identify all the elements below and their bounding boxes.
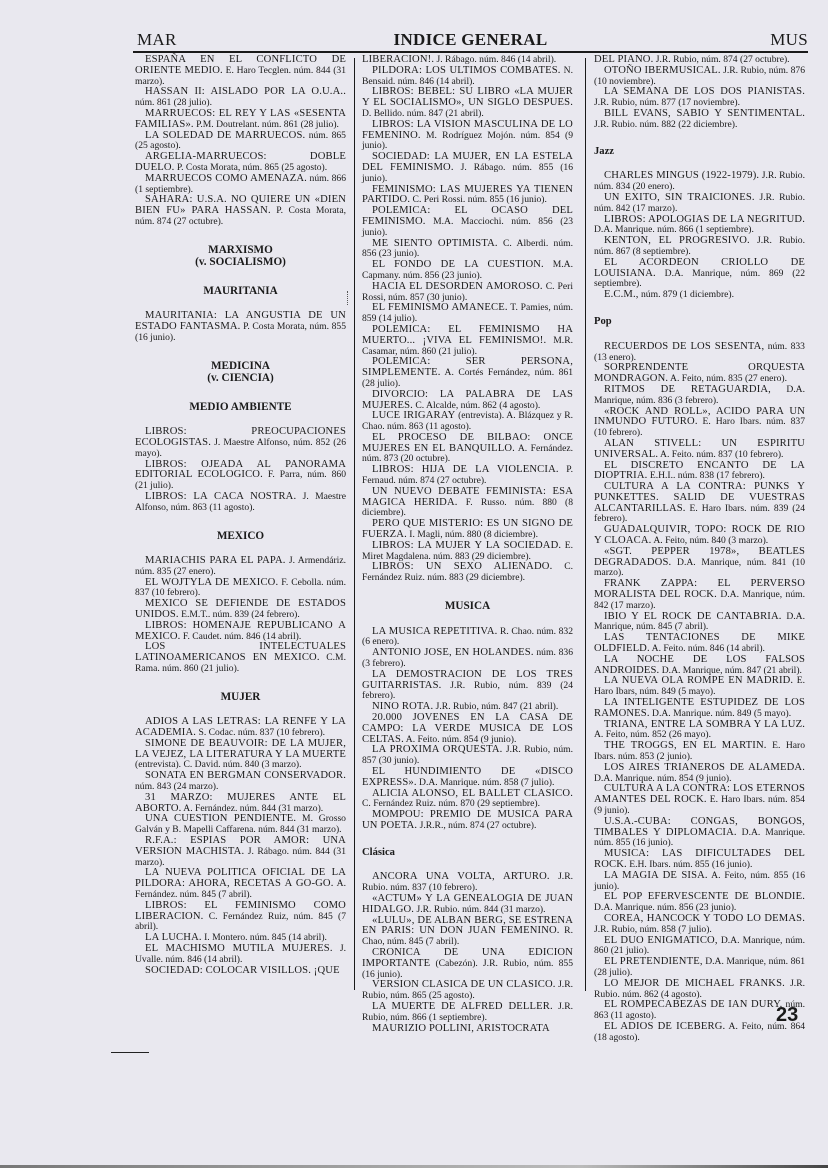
index-entry: RECUERDOS DE LOS SESENTA, núm. 833 (13 e… [594,342,805,364]
index-entry: LIBROS: BEBEL: SU LIBRO «LA MUJER Y EL S… [362,87,573,119]
entry-title: VERSION CLASICA DE UN CLASICO. [372,979,556,990]
index-entry: EL ACORDEON CRIOLLO DE LOUISIANA. D.A. M… [594,258,805,290]
section-heading-text: MUJER [221,691,261,703]
page-number: 23 [776,1004,798,1027]
index-entry: U.S.A.-CUBA: CONGAS, BONGOS, TIMBALES Y … [594,817,805,849]
entry-title: IBIO Y EL ROCK DE CANTABRIA. [604,611,782,622]
entry-citation: I. Magli, núm. 880 (8 diciembre). [407,529,538,540]
entry-title: NINO ROTA. [372,701,433,712]
entry-citation: E.H.I.. núm. 838 (17 febrero). [647,470,765,481]
index-entry: DIVORCIO: LA PALABRA DE LAS MUJERES. C. … [362,390,573,412]
section-cross-reference: (v. SOCIALISMO) [135,256,346,269]
index-entry: EL ADIOS DE ICEBERG. A. Feito, núm. 864 … [594,1022,805,1044]
index-entry: EL WOJTYLA DE MEXICO. F. Cebolla. núm. 8… [135,578,346,600]
entry-title: EL PRETENDIENTE, [604,956,703,967]
index-entry: LA PROXIMA ORQUESTA. J.R. Rubio, núm. 85… [362,745,573,767]
index-entry: VERSION CLASICA DE UN CLASICO. J.R. Rubi… [362,980,573,1002]
index-entry: LA SEMANA DE LOS DOS PIANISTAS. J.R. Rub… [594,87,805,109]
entry-citation: F. Caudet. núm. 846 (14 abril). [180,631,301,642]
entry-citation: D.A. Manrique. núm. 856 (23 junio). [594,902,736,913]
entry-title: POLEMICA: EL FEMINISMO HA MUERTO... ¡VIV… [362,324,573,346]
entry-title: LA SEMANA DE LOS DOS PIANISTAS. [604,86,805,97]
index-entry: LA MUERTE DE ALFRED DELLER. J.R. Rubio, … [362,1002,573,1024]
index-entry: EL PRETENDIENTE, D.A. Manrique, núm. 861… [594,957,805,979]
index-entry: PERO QUE MISTERIO: ES UN SIGNO DE FUERZA… [362,519,573,541]
entry-citation: núm. 843 (24 marzo). [135,781,218,792]
entry-title: LIBROS: BEBEL: SU LIBRO «LA MUJER Y EL S… [362,86,573,108]
section-heading-text: MEDIO AMBIENTE [189,401,291,413]
entry-citation: P.M. Doutrelant. núm. 861 (28 julio). [194,119,339,130]
page-title: INDICE GENERAL [133,30,808,50]
index-entry: LA NOCHE DE LOS FALSOS ANDROIDES. D.A. M… [594,655,805,677]
index-entry: RITMOS DE RETAGUARDIA, D.A. Manrique, nú… [594,385,805,407]
entry-title: MAURIZIO POLLINI, ARISTOCRATA [372,1023,550,1034]
index-entry: FEMINISMO: LAS MUJERES YA TIENEN PARTIDO… [362,185,573,207]
index-entry: LIBROS: PREOCUPACIONES ECOLOGISTAS. J. M… [135,427,346,459]
entry-title: UNA CUESTION PENDIENTE. [145,813,296,824]
index-entry: POLEMICA: SER PERSONA, SIMPLEMENTE. A. C… [362,357,573,389]
entry-title: HASSAN II: AISLADO POR LA O.U.A.. [145,86,346,97]
index-entry: IBIO Y EL ROCK DE CANTABRIA. D.A. Manriq… [594,612,805,634]
index-entry: MARRUECOS: EL REY Y LAS «SESENTA FAMILIA… [135,109,346,131]
index-entry: MAURITANIA: LA ANGUSTIA DE UN ESTADO FAN… [135,311,346,343]
entry-title: LIBROS: LA MUJER Y LA SOCIEDAD. [372,540,561,551]
index-entry: MUSICA: LAS DIFICULTADES DEL ROCK. E.H. … [594,849,805,871]
entry-title: MARIACHIS PARA EL PAPA. [145,555,286,566]
entry-title: EL MACHISMO MUTILA MUJERES. [145,943,333,954]
entry-citation: D.A. Manrique. núm. 854 (9 junio). [594,773,732,784]
section-heading: MAURITANIA [135,285,346,298]
index-entry: ARGELIA-MARRUECOS: DOBLE DUELO. P. Costa… [135,152,346,174]
index-entry: CHARLES MINGUS (1922-1979). J.R. Rubio. … [594,171,805,193]
index-entry: TRIANA, ENTRE LA SOMBRA Y LA LUZ. A. Fei… [594,720,805,742]
entry-citation: A. Feito, núm. 852 (26 mayo). [594,729,711,740]
index-entry: SAHARA: U.S.A. NO QUIERE UN «DIEN BIEN F… [135,195,346,227]
index-entry: ESPAÑA EN EL CONFLICTO DE ORIENTE MEDIO.… [135,55,346,87]
index-entry: LIBROS: EL FEMINISMO COMO LIBERACION. C.… [135,901,346,933]
entry-title: LO MEJOR DE MICHAEL FRANKS. [604,978,785,989]
entry-citation: J.R. Rubio, núm. 847 (21 abril). [433,701,558,712]
entry-title: LIBROS: UN SEXO ALIENADO. [372,561,552,572]
entry-citation: J.R.R., núm. 874 (27 octubre). [417,820,536,831]
entry-citation: A. Feito. núm. 854 (9 junio). [404,734,516,745]
entry-title: LA PROXIMA ORQUESTA. [372,744,502,755]
index-entry: CULTURA A LA CONTRA: LOS ETERNOS AMANTES… [594,784,805,816]
index-entry: LUCE IRIGARAY (entrevista). A. Blázquez … [362,411,573,433]
entry-citation: D.A. Manrique. núm. 858 (7 julio). [417,777,555,788]
entry-citation: (entrevista). C. David. núm. 840 (3 marz… [135,759,302,770]
entry-citation: S. Codac. núm. 837 (10 febrero). [196,727,325,738]
entry-title: BILL EVANS, SABIO Y SENTIMENTAL. [604,108,805,119]
index-entry: LA NUEVA POLITICA OFICIAL DE LA PILDORA:… [135,868,346,900]
entry-title: LIBROS: APOLOGIAS DE LA NEGRITUD. [604,214,805,225]
index-entry: KENTON, EL PROGRESIVO. J.R. Rubio. núm. … [594,236,805,258]
index-entry: SORPRENDENTE ORQUESTA MONDRAGON. A. Feit… [594,363,805,385]
entry-title: MARRUECOS COMO AMENAZA. [145,173,307,184]
entry-title: LIBROS: HIJA DE LA VIOLENCIA. [372,464,559,475]
entry-title: ALICIA ALONSO, EL BALLET CLASICO. [372,788,573,799]
index-entry: LA DEMOSTRACION DE LOS TRES GUITARRISTAS… [362,670,573,702]
subsection-heading: Pop [594,317,805,328]
index-entry: EL FEMINISMO AMANECE. T. Pamies, núm. 85… [362,303,573,325]
subsection-heading: Clásica [362,848,573,859]
entry-citation: J.R. Rubio, núm. 877 (17 noviembre). [594,97,740,108]
entry-title: KENTON, EL PROGRESIVO. [604,235,750,246]
index-entry: LIBROS: HOMENAJE REPUBLICANO A MEXICO. F… [135,621,346,643]
index-entry: LIBROS: OJEADA AL PANORAMA EDITORIAL ECO… [135,460,346,492]
index-entry: HASSAN II: AISLADO POR LA O.U.A.. núm. 8… [135,87,346,109]
entry-citation: I. Montero. núm. 845 (14 abril). [202,932,327,943]
running-header: MAR INDICE GENERAL MUS [133,28,808,52]
entry-citation: D.A. Manrique, núm. 847 (21 abril). [659,665,802,676]
index-entry: EL ROMPECABEZAS DE IAN DURY. núm. 863 (1… [594,1000,805,1022]
section-heading-text: MAURITANIA [203,285,277,297]
index-entry: POLEMICA: EL OCASO DEL FEMINISMO. M.A. M… [362,206,573,238]
entry-title: THE TROGGS, EN EL MARTIN. [604,740,767,751]
entry-title: EL POP EFERVESCENTE DE BLONDIE. [604,891,805,902]
index-entry: ANCORA UNA VOLTA, ARTURO. J.R. Rubio. nú… [362,872,573,894]
entry-title: UN EXITO, SIN TRAICIONES. [604,192,755,203]
index-entry: BILL EVANS, SABIO Y SENTIMENTAL. J.R. Ru… [594,109,805,131]
index-entry: ANTONIO JOSE, EN HOLANDES. núm. 836 (3 f… [362,648,573,670]
index-entry: MAURIZIO POLLINI, ARISTOCRATA [362,1024,573,1035]
entry-title: LA MUERTE DE ALFRED DELLER. [372,1001,553,1012]
entry-citation: núm. 879 (1 diciembre). [639,289,734,300]
index-entry: LIBROS: LA MUJER Y LA SOCIEDAD. E. Miret… [362,541,573,563]
index-entry: POLEMICA: EL FEMINISMO HA MUERTO... ¡VIV… [362,325,573,357]
entry-citation: J.R. Rubio. núm. 882 (22 diciembre). [594,119,737,130]
index-column-1: ESPAÑA EN EL CONFLICTO DE ORIENTE MEDIO.… [135,55,346,976]
index-entry: MARIACHIS PARA EL PAPA. J. Armendáriz. n… [135,556,346,578]
entry-title: LIBERACION!. [362,54,434,65]
entry-citation: E.M.T.. núm. 839 (24 febrero). [179,609,300,620]
entry-citation: A. Feito, núm. 835 (27 enero). [668,373,787,384]
index-entry: FRANK ZAPPA: EL PERVERSO MORALISTA DEL R… [594,579,805,611]
index-entry: ALAN STIVELL: UN ESPIRITU UNIVERSAL. A. … [594,439,805,461]
index-entry: «ACTUM» Y LA GENEALOGIA DE JUAN HIDALGO.… [362,894,573,916]
entry-title: EL FONDO DE LA CUESTION. [372,259,544,270]
entry-title: CHARLES MINGUS (1922-1979). [604,170,759,181]
entry-title: LA NUEVA OLA ROMPE EN MADRID. [604,675,793,686]
subsection-heading: Jazz [594,147,805,158]
index-entry: GUADALQUIVIR, TOPO: ROCK DE RIO Y CLOACA… [594,525,805,547]
entry-title: LOS INTELECTUALES LATINOAMERICANOS EN ME… [135,641,346,663]
index-entry: LAS TENTACIONES DE MIKE OLDFIELD. A. Fei… [594,633,805,655]
index-entry: «LULU», DE ALBAN BERG, SE ESTRENA EN PAR… [362,916,573,948]
entry-title: OTOÑO IBERMUSICAL. [604,65,721,76]
index-entry: ADIOS A LAS LETRAS: LA RENFE Y LA ACADEM… [135,717,346,739]
entry-title: EL DUO ENIGMATICO, [604,935,718,946]
entry-title: EL FEMINISMO AMANECE. [372,302,508,313]
section-heading-text: MEXICO [217,530,264,542]
index-entry: EL MACHISMO MUTILA MUJERES. J. Uvalle. n… [135,944,346,966]
entry-citation: A. Feito. núm. 837 (10 febrero). [658,449,783,460]
entry-title: TRIANA, ENTRE LA SOMBRA Y LA LUZ. [604,719,805,730]
section-heading: MEDIO AMBIENTE [135,401,346,414]
index-entry: «ROCK AND ROLL», ACIDO PARA UN INMUNDO F… [594,407,805,439]
entry-citation: J.R. Rubio, núm. 858 (7 julio). [594,924,712,935]
entry-citation: D. Bellido. núm. 847 (21 abril). [362,108,484,119]
index-entry: «SGT. PEPPER 1978», BEATLES DEGRADADOS. … [594,547,805,579]
index-entry: SIMONE DE BEAUVOIR: DE LA MUJER, LA VEJE… [135,739,346,771]
section-heading: MEXICO [135,530,346,543]
index-entry: LA SOLEDAD DE MARRUECOS. núm. 865 (25 ag… [135,131,346,153]
index-entry: UN EXITO, SIN TRAICIONES. J.R. Rubio. nú… [594,193,805,215]
index-entry: R.F.A.: ESPIAS POR AMOR: UNA VERSION MAC… [135,836,346,868]
header-last-keyword: MUS [770,30,808,50]
entry-title: COREA, HANCOCK Y TODO LO DEMAS. [604,913,805,924]
header-rule [133,51,808,53]
index-entry: LIBROS: LA CACA NOSTRA. J. Maestre Alfon… [135,492,346,514]
entry-citation: E.H. Ibars. núm. 855 (16 junio). [627,859,753,870]
entry-citation: P. Costa Morata, núm. 865 (25 agosto). [174,162,327,173]
entry-title: EL ROMPECABEZAS DE IAN DURY. [604,999,782,1010]
footer-rule [111,1052,149,1053]
entry-title: ME SIENTO OPTIMISTA. [372,238,498,249]
index-entry: MOMPOU: PREMIO DE MUSICA PARA UN POETA. … [362,810,573,832]
index-entry: SOCIEDAD: LA MUJER, EN LA ESTELA DEL FEM… [362,152,573,184]
entry-title: HACIA EL DESORDEN AMOROSO. [372,281,543,292]
entry-citation: núm. 861 (28 julio). [135,97,212,108]
entry-title: LA MUSICA REPETITIVA. [372,626,497,637]
index-entry: HACIA EL DESORDEN AMOROSO. C. Peri Rossi… [362,282,573,304]
entry-title: PILDORA: LOS ULTIMOS COMBATES. [372,65,561,76]
entry-title: LA SOLEDAD DE MARRUECOS. [145,130,305,141]
index-column-3: DEL PIANO. J.R. Rubio, núm. 874 (27 octu… [594,55,805,1044]
entry-citation: C. Fernández Ruiz. núm. 870 (29 septiemb… [362,798,540,809]
section-heading-text: MUSICA [445,600,490,612]
entry-title: SOCIEDAD: COLOCAR VISILLOS. ¡QUE [145,965,340,976]
entry-title: SIMONE DE BEAUVOIR: DE LA MUJER, LA VEJE… [135,738,346,760]
section-heading: MUJER [135,691,346,704]
index-entry: THE TROGGS, EN EL MARTIN. E. Haro Ibars.… [594,741,805,763]
entry-citation: C. Peri Rossi. núm. 855 (16 junio). [410,194,547,205]
entry-title: LIBROS: LA CACA NOSTRA. [145,491,296,502]
index-entry: SOCIEDAD: COLOCAR VISILLOS. ¡QUE [135,966,346,977]
section-heading: MARXISMO(v. SOCIALISMO) [135,244,346,269]
index-entry: ME SIENTO OPTIMISTA. C. Alberdi. núm. 85… [362,239,573,261]
entry-title: LOS AIRES TRIANEROS DE ALAMEDA. [604,762,805,773]
entry-title: LUCE IRIGARAY [372,410,455,421]
index-column-2: LIBERACION!. J. Rábago. núm. 846 (14 abr… [362,55,573,1034]
column-divider [585,58,586,991]
entry-title: E.C.M., [604,289,639,300]
entry-citation: D.A. Manrique. núm. 849 (5 mayo). [650,708,792,719]
index-entry: MEXICO SE DEFIENDE DE ESTADOS UNIDOS. E.… [135,599,346,621]
index-entry: SONATA EN BERGMAN CONSERVADOR. núm. 843 … [135,771,346,793]
section-heading-text: MEDICINA [211,360,270,372]
index-entry: LA INTELIGENTE ESTUPIDEZ DE LOS RAMONES.… [594,698,805,720]
entry-citation: A. Feito. núm. 846 (14 abril). [650,643,765,654]
index-entry: LIBROS: LA VISION MASCULINA DE LO FEMENI… [362,120,573,152]
section-heading: MUSICA [362,600,573,613]
index-entry: CULTURA A LA CONTRA: PUNKS Y PUNKETTES. … [594,482,805,525]
index-entry: UN NUEVO DEBATE FEMINISTA: ESA MAGICA HE… [362,487,573,519]
entry-citation: J.R. Rubio. núm. 844 (31 marzo). [414,904,545,915]
index-entry: OTOÑO IBERMUSICAL. J.R. Rubio, núm. 876 … [594,66,805,88]
entry-title: DEL PIANO. [594,54,653,65]
entry-citation: A. Fernández. núm. 844 (31 marzo). [181,803,323,814]
index-entry: LA MUSICA REPETITIVA. R. Chao. núm. 832 … [362,627,573,649]
section-cross-reference: (v. CIENCIA) [135,372,346,385]
index-entry: UNA CUESTION PENDIENTE. M. Grosso Galván… [135,814,346,836]
index-entry: EL HUNDIMIENTO DE «DISCO EXPRESS». D.A. … [362,767,573,789]
column-divider [354,58,355,990]
index-entry: CRONICA DE UNA EDICION IMPORTANTE (Cabez… [362,948,573,980]
index-entry: EL DISCRETO ENCANTO DE LA DIOPTRIA. E.H.… [594,461,805,483]
entry-title: LA LUCHA. [145,932,202,943]
index-entry: LIBROS: HIJA DE LA VIOLENCIA. P. Fernaud… [362,465,573,487]
entry-title: ANCORA UNA VOLTA, ARTURO. [372,871,550,882]
entry-citation: A. Feito, núm. 840 (3 marzo). [651,535,768,546]
entry-title: ANTONIO JOSE, EN HOLANDES. [372,647,534,658]
entry-title: LA NUEVA POLITICA OFICIAL DE LA PILDORA:… [135,867,346,889]
index-entry: LOS INTELECTUALES LATINOAMERICANOS EN ME… [135,642,346,674]
index-entry: ALICIA ALONSO, EL BALLET CLASICO. C. Fer… [362,789,573,811]
entry-citation: D.A. Manrique. núm. 866 (1 septiembre). [594,224,754,235]
entry-title: RECUERDOS DE LOS SESENTA, [604,341,764,352]
print-artifact [347,291,349,305]
index-entry: COREA, HANCOCK Y TODO LO DEMAS. J.R. Rub… [594,914,805,936]
entry-citation: C. Alcalde, núm. 862 (4 agosto). [413,400,540,411]
entry-title: SONATA EN BERGMAN CONSERVADOR. [145,770,346,781]
index-entry: LIBROS: APOLOGIAS DE LA NEGRITUD. D.A. M… [594,215,805,237]
index-entry: LA NUEVA OLA ROMPE EN MADRID. E. Haro Ib… [594,676,805,698]
index-entry: E.C.M., núm. 879 (1 diciembre). [594,290,805,301]
entry-citation: J. Rábago. núm. 846 (14 abril). [434,54,556,65]
index-entry: MARRUECOS COMO AMENAZA. núm. 866 (1 sept… [135,174,346,196]
entry-title: RITMOS DE RETAGUARDIA, [604,384,771,395]
index-entry: EL DUO ENIGMATICO, D.A. Manrique, núm. 8… [594,936,805,958]
section-heading-text: MARXISMO [208,244,273,256]
entry-title: EL ADIOS DE ICEBERG. [604,1021,725,1032]
entry-citation: J.R. Rubio, núm. 874 (27 octubre). [653,54,789,65]
index-entry: EL PROCESO DE BILBAO: ONCE MUJERES EN EL… [362,433,573,465]
index-entry: 31 MARZO: MUJERES ANTE EL ABORTO. A. Fer… [135,793,346,815]
index-entry: LA MAGIA DE SISA. A. Feito, núm. 855 (16… [594,871,805,893]
entry-title: EL WOJTYLA DE MEXICO. [145,577,278,588]
index-entry: LOS AIRES TRIANEROS DE ALAMEDA. D.A. Man… [594,763,805,785]
index-entry: EL FONDO DE LA CUESTION. M.A. Capmany. n… [362,260,573,282]
entry-title: «LULU», DE ALBAN BERG, SE ESTRENA EN PAR… [362,915,573,937]
index-entry: PILDORA: LOS ULTIMOS COMBATES. N. Bensai… [362,66,573,88]
index-entry: 20.000 JOVENES EN LA CASA DE CAMPO: LA V… [362,713,573,745]
index-entry: LO MEJOR DE MICHAEL FRANKS. J.R. Rubio. … [594,979,805,1001]
index-entry: LIBROS: UN SEXO ALIENADO. C. Fernández R… [362,562,573,584]
entry-title: LA MAGIA DE SISA. [604,870,708,881]
section-heading: MEDICINA(v. CIENCIA) [135,360,346,385]
index-entry: EL POP EFERVESCENTE DE BLONDIE. D.A. Man… [594,892,805,914]
